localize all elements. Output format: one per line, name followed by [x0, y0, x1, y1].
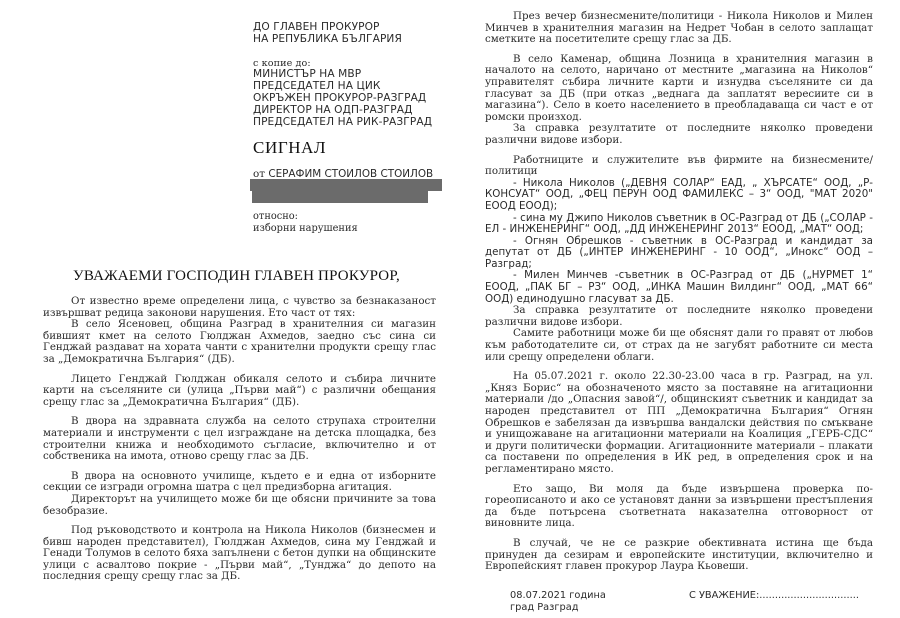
paragraph: На 05.07.2021 г. около 22.30-23.00 часа …: [485, 371, 873, 475]
list-item: - сина му Джипо Николов съветник в ОС-Ра…: [485, 213, 873, 236]
left-body: От известно време определени лица, с чув…: [43, 296, 436, 583]
signature-date-block: 08.07.2021 година град Разград: [510, 590, 606, 613]
signature-date: 08.07.2021 година: [510, 590, 606, 602]
paragraph: Под ръководството и контрола на Никола Н…: [43, 525, 436, 583]
paragraph: В случай, че не се разкрие обективната и…: [485, 538, 873, 573]
paragraph: За справка резултатите от последните няк…: [485, 123, 873, 146]
regarding-value: изборни нарушения: [253, 223, 358, 235]
paragraph: От известно време определени лица, с чув…: [43, 296, 436, 319]
regarding-label: относно:: [253, 211, 358, 223]
list-item: - Никола Николов („ДЕВНЯ СОЛАР“ ЕАД, „ Х…: [485, 178, 873, 213]
paragraph: В двора на здравната служба на селото ст…: [43, 416, 436, 462]
list-item: - Огнян Обрешков - съветник в ОС-Разград…: [485, 236, 873, 271]
addressee-block: ДО ГЛАВЕН ПРОКУРОР НА РЕПУБЛИКА БЪЛГАРИЯ…: [253, 22, 432, 128]
paragraph: За справка резултатите от последните няк…: [485, 305, 873, 328]
list-item: - Милен Минчев -съветник в ОС-Разград от…: [485, 270, 873, 305]
addressee-line: НА РЕПУБЛИКА БЪЛГАРИЯ: [253, 34, 432, 46]
paragraph: Работниците и служителите във фирмите на…: [485, 155, 873, 178]
paragraph: Лицето Генджай Гюлджан обикаля селото и …: [43, 374, 436, 409]
signature-line: С УВАЖЕНИЕ:.............................…: [689, 590, 859, 602]
signature-city: град Разград: [510, 602, 606, 614]
paragraph: В село Каменар, община Лозница в храните…: [485, 54, 873, 124]
paragraph: Самите работници може би ще обяснят дали…: [485, 328, 873, 363]
paragraph: Директорът на училището може би ще обясн…: [43, 494, 436, 517]
redaction-bar: [252, 191, 428, 203]
document-page-1: ДО ГЛАВЕН ПРОКУРОР НА РЕПУБЛИКА БЪЛГАРИЯ…: [0, 0, 450, 618]
copy-recipient: ОКРЪЖЕН ПРОКУРОР-РАЗГРАД: [253, 93, 432, 105]
salutation: УВАЖАЕМИ ГОСПОДИН ГЛАВЕН ПРОКУРОР,: [73, 268, 400, 285]
right-body: През вечер бизнесмените/политици - Никол…: [485, 11, 873, 573]
paragraph: Ето защо, Ви моля да бъде извършена пров…: [485, 484, 873, 530]
paragraph: В двора на основното училище, където е и…: [43, 471, 436, 494]
redaction-bar: [250, 179, 442, 191]
paragraph: През вечер бизнесмените/политици - Никол…: [485, 11, 873, 46]
copy-recipient: ДИРЕКТОР НА ОДП-РАЗГРАД: [253, 105, 432, 117]
regarding-block: относно: изборни нарушения: [253, 211, 358, 234]
paragraph: В село Ясеновец, община Разград в хранит…: [43, 319, 436, 365]
document-title: СИГНАЛ: [253, 138, 326, 158]
copy-recipient: ПРЕДСЕДАТЕЛ НА РИК-РАЗГРАД: [253, 117, 432, 129]
